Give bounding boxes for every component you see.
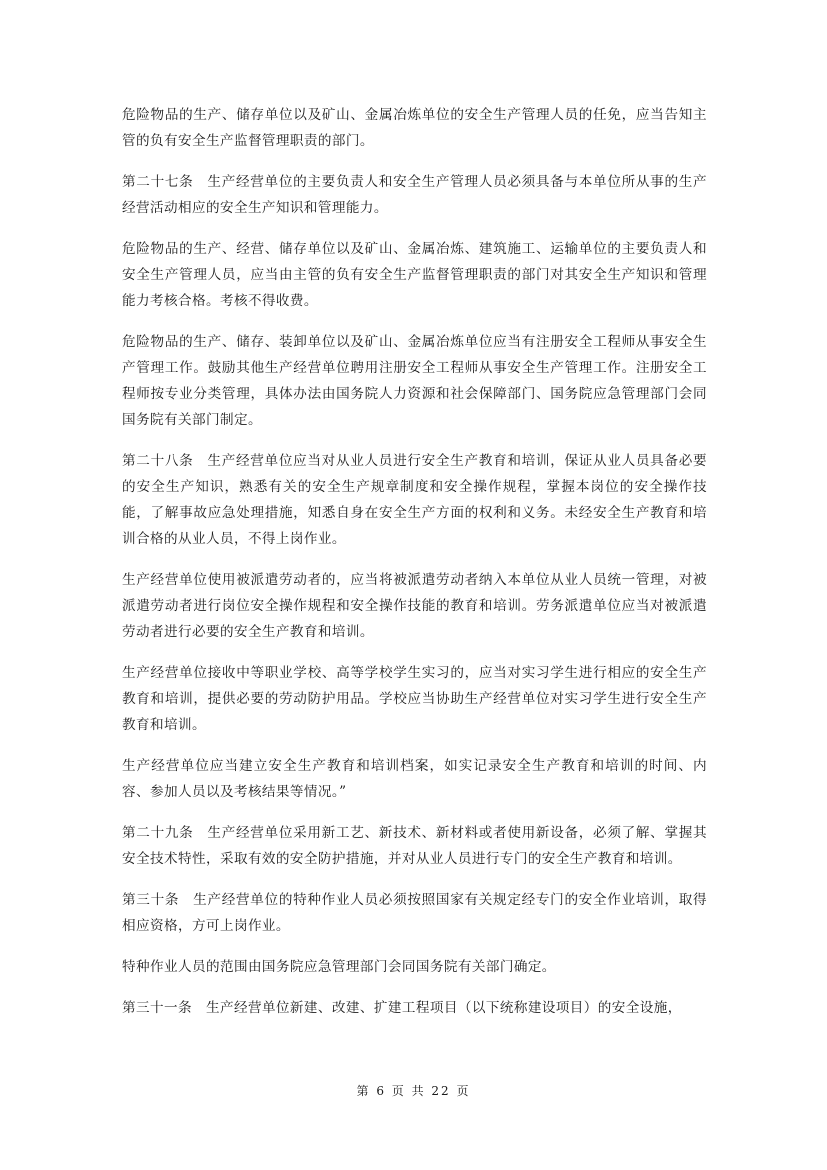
article-number: 第二十九条 [122, 825, 193, 841]
paragraph: 生产经营单位接收中等职业学校、高等学校学生实习的，应当对实习学生进行相应的安全生… [122, 660, 707, 738]
page-number: 第 6 页 共 22 页 [357, 1084, 471, 1098]
article-number: 第三十一条 [122, 1000, 192, 1016]
article-paragraph: 第二十七条生产经营单位的主要负责人和安全生产管理人员必须具备与本单位所从事的生产… [122, 169, 707, 221]
paragraph: 危险物品的生产、经营、储存单位以及矿山、金属冶炼、建筑施工、运输单位的主要负责人… [122, 236, 707, 314]
article-paragraph: 第二十八条生产经营单位应当对从业人员进行安全生产教育和培训，保证从业人员具备必要… [122, 448, 707, 552]
paragraph-text: 生产经营单位应当建立安全生产教育和培训档案，如实记录安全生产教育和培训的时间、内… [122, 758, 707, 800]
paragraph: 危险物品的生产、储存、装卸单位以及矿山、金属冶炼单位应当有注册安全工程师从事安全… [122, 329, 707, 433]
paragraph-text: 特种作业人员的范围由国务院应急管理部门会同国务院有关部门确定。 [122, 959, 556, 975]
article-number: 第二十八条 [122, 453, 193, 469]
document-page: 危险物品的生产、储存单位以及矿山、金属冶炼单位的安全生产管理人员的任免，应当告知… [122, 102, 707, 1036]
article-paragraph: 第二十九条生产经营单位采用新工艺、新技术、新材料或者使用新设备，必须了解、掌握其… [122, 820, 707, 872]
paragraph-text: 危险物品的生产、储存、装卸单位以及矿山、金属冶炼单位应当有注册安全工程师从事安全… [122, 334, 707, 428]
paragraph-text: 生产经营单位应当对从业人员进行安全生产教育和培训，保证从业人员具备必要的安全生产… [122, 453, 707, 547]
article-paragraph: 第三十条生产经营单位的特种作业人员必须按照国家有关规定经专门的安全作业培训，取得… [122, 887, 707, 939]
paragraph-text: 生产经营单位采用新工艺、新技术、新材料或者使用新设备，必须了解、掌握其安全技术特… [122, 825, 707, 867]
article-number: 第三十条 [122, 892, 179, 908]
paragraph: 生产经营单位应当建立安全生产教育和培训档案，如实记录安全生产教育和培训的时间、内… [122, 753, 707, 805]
paragraph: 生产经营单位使用被派遣劳动者的，应当将被派遣劳动者纳入本单位从业人员统一管理，对… [122, 567, 707, 645]
article-number: 第二十七条 [122, 174, 193, 190]
paragraph-text: 危险物品的生产、经营、储存单位以及矿山、金属冶炼、建筑施工、运输单位的主要负责人… [122, 241, 707, 309]
paragraph-text: 生产经营单位新建、改建、扩建工程项目（以下统称建设项目）的安全设施， [206, 1000, 682, 1016]
page-footer: 第 6 页 共 22 页 [0, 1082, 827, 1099]
paragraph: 危险物品的生产、储存单位以及矿山、金属冶炼单位的安全生产管理人员的任免，应当告知… [122, 102, 707, 154]
paragraph-text: 生产经营单位的特种作业人员必须按照国家有关规定经专门的安全作业培训，取得相应资格… [122, 892, 707, 934]
paragraph-text: 生产经营单位接收中等职业学校、高等学校学生实习的，应当对实习学生进行相应的安全生… [122, 665, 707, 733]
paragraph-text: 生产经营单位的主要负责人和安全生产管理人员必须具备与本单位所从事的生产经营活动相… [122, 174, 707, 216]
paragraph-text: 危险物品的生产、储存单位以及矿山、金属冶炼单位的安全生产管理人员的任免，应当告知… [122, 107, 707, 149]
paragraph-text: 生产经营单位使用被派遣劳动者的，应当将被派遣劳动者纳入本单位从业人员统一管理，对… [122, 572, 707, 640]
article-paragraph: 第三十一条生产经营单位新建、改建、扩建工程项目（以下统称建设项目）的安全设施， [122, 995, 707, 1021]
paragraph: 特种作业人员的范围由国务院应急管理部门会同国务院有关部门确定。 [122, 954, 707, 980]
